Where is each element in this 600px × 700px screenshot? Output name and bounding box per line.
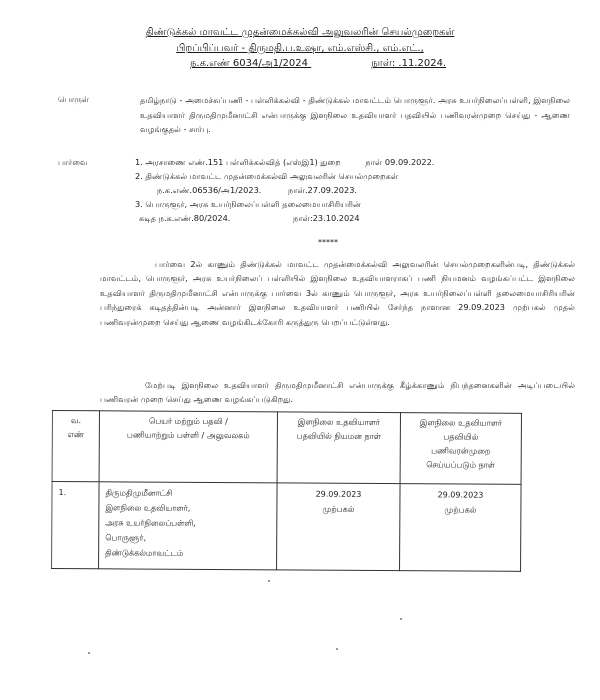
body-paragraph-1: பார்வை 2ல் காணும் திண்டுக்கல் மாவட்ட முத… — [100, 257, 575, 329]
reference-item: 3. பொருளூர், அரசு உயர்நிலைப்பள்ளி தலைமைய… — [135, 197, 434, 211]
references-list: 1. அரசாணை எண்.151 பள்ளிக்கல்வித் (எஸ்இ1)… — [135, 155, 434, 225]
reference-item-cont: கடித ந.க.எண்.80/2024. நாள்:23.10.2024 — [135, 211, 434, 225]
reference-item-cont: ந.க.எண்.06536/அ1/2023. நாள்.27.09.2023. — [135, 183, 434, 197]
cell-serial-no: 1. — [52, 482, 100, 569]
header-text: செய்யப்படும் நாள் — [407, 458, 515, 473]
cell-session: முற்பகல் — [283, 501, 393, 517]
separator: ***** — [318, 238, 338, 247]
cell-appointment-date: 29.09.2023 முற்பகல் — [277, 483, 401, 571]
body-paragraph-2: மேற்படி இளநிலை உதவியாளர் திருமதிமுமீனாட்… — [100, 378, 575, 407]
cell-line: திருமதிமுமீனாட்சி — [105, 485, 270, 501]
reference-date: நாள்.27.09.2023. — [288, 185, 357, 195]
cell-line: திண்டுக்கல்மாவட்டம் — [105, 545, 270, 561]
office-title: திண்டுக்கல் மாவட்ட முதன்மைக்கல்வி அலுவலர… — [0, 27, 600, 39]
scan-speck — [400, 618, 402, 620]
header-text: எண் — [59, 428, 93, 442]
reference-text: 1. அரசாணை எண்.151 பள்ளிக்கல்வித் (எஸ்இ1)… — [135, 157, 341, 167]
cell-regularization-date: 29.09.2023 முற்பகல் — [400, 484, 522, 572]
scan-speck — [336, 648, 338, 650]
scan-speck — [268, 580, 270, 582]
table-header-row: வ. எண் பெயர் மற்றும் பதவி / பணியாற்றும் … — [52, 411, 521, 485]
reference-date: நாள்:23.10.2024 — [293, 213, 360, 223]
reference-item: 1. அரசாணை எண்.151 பள்ளிக்கல்வித் (எஸ்இ1)… — [135, 155, 434, 169]
header-text: பணியாற்றும் பள்ளி / அலுவலகம் — [106, 428, 271, 443]
reference-number: ந.க.எண்.06536/அ1/2023. — [157, 185, 261, 195]
header-regularization-date: இளநிலை உதவியாளர் பதவியில் பணிவரன்முறை செ… — [400, 413, 521, 485]
scan-speck — [88, 652, 90, 654]
reference-date: நாள் 09.09.2022. — [365, 157, 434, 167]
reference-line: ந.க.எண் 6034/அ1/2024 நாள்: .11.2024. — [190, 58, 446, 70]
reference-text: 3. பொருளூர், அரசு உயர்நிலைப்பள்ளி தலைமைய… — [135, 199, 361, 209]
references-label: பார்வை — [58, 158, 88, 168]
subject-label: பொருள் — [58, 95, 89, 105]
cell-line: அரசு உயர்நிலைப்பள்ளி, — [105, 515, 270, 531]
regularization-table: வ. எண் பெயர் மற்றும் பதவி / பணியாற்றும் … — [51, 410, 522, 572]
header-text: பதவியில் நியமன நாள் — [284, 429, 394, 444]
cell-date: 29.09.2023 — [406, 487, 514, 503]
order-date: நாள்: .11.2024. — [371, 58, 446, 69]
cell-line: பொருளூர், — [105, 530, 270, 546]
table-row: 1. திருமதிமுமீனாட்சி இளநிலை உதவியாளர், அ… — [52, 482, 522, 572]
header-text: பணிவரன்முறை — [407, 444, 515, 459]
cell-date: 29.09.2023 — [283, 486, 393, 502]
header-text: இளநிலை உதவியாளர் — [284, 415, 394, 430]
header-appointment-date: இளநிலை உதவியாளர் பதவியில் நியமன நாள் — [277, 412, 400, 484]
header-text: பதவியில் — [407, 430, 515, 445]
reference-text: 2. திண்டுக்கல் மாவட்ட முதன்மைக்கல்வி அலு… — [135, 171, 398, 181]
header-serial-no: வ. எண் — [52, 411, 99, 482]
header-text: இளநிலை உதவியாளர் — [407, 416, 515, 431]
cell-line: இளநிலை உதவியாளர், — [105, 500, 270, 516]
cell-session: முற்பகல் — [406, 502, 514, 518]
subject-text: தமிழ்நாடு - அமைச்சுப்பணி - பள்ளிக்கல்வி … — [140, 93, 570, 137]
reference-number: கடித ந.க.எண்.80/2024. — [139, 213, 230, 223]
header-name-designation: பெயர் மற்றும் பதவி / பணியாற்றும் பள்ளி /… — [99, 411, 277, 483]
issued-by: பிறப்பிப்பவர் - திருமதி.ப.உஷா, எம்.எஸ்சி… — [0, 43, 600, 55]
header-text: பெயர் மற்றும் பதவி / — [106, 414, 271, 429]
reference-number: ந.க.எண் 6034/அ1/2024 — [190, 58, 308, 69]
header-text: வ. — [59, 414, 93, 428]
reference-item: 2. திண்டுக்கல் மாவட்ட முதன்மைக்கல்வி அலு… — [135, 169, 434, 183]
cell-name-designation: திருமதிமுமீனாட்சி இளநிலை உதவியாளர், அரசு… — [99, 482, 278, 570]
